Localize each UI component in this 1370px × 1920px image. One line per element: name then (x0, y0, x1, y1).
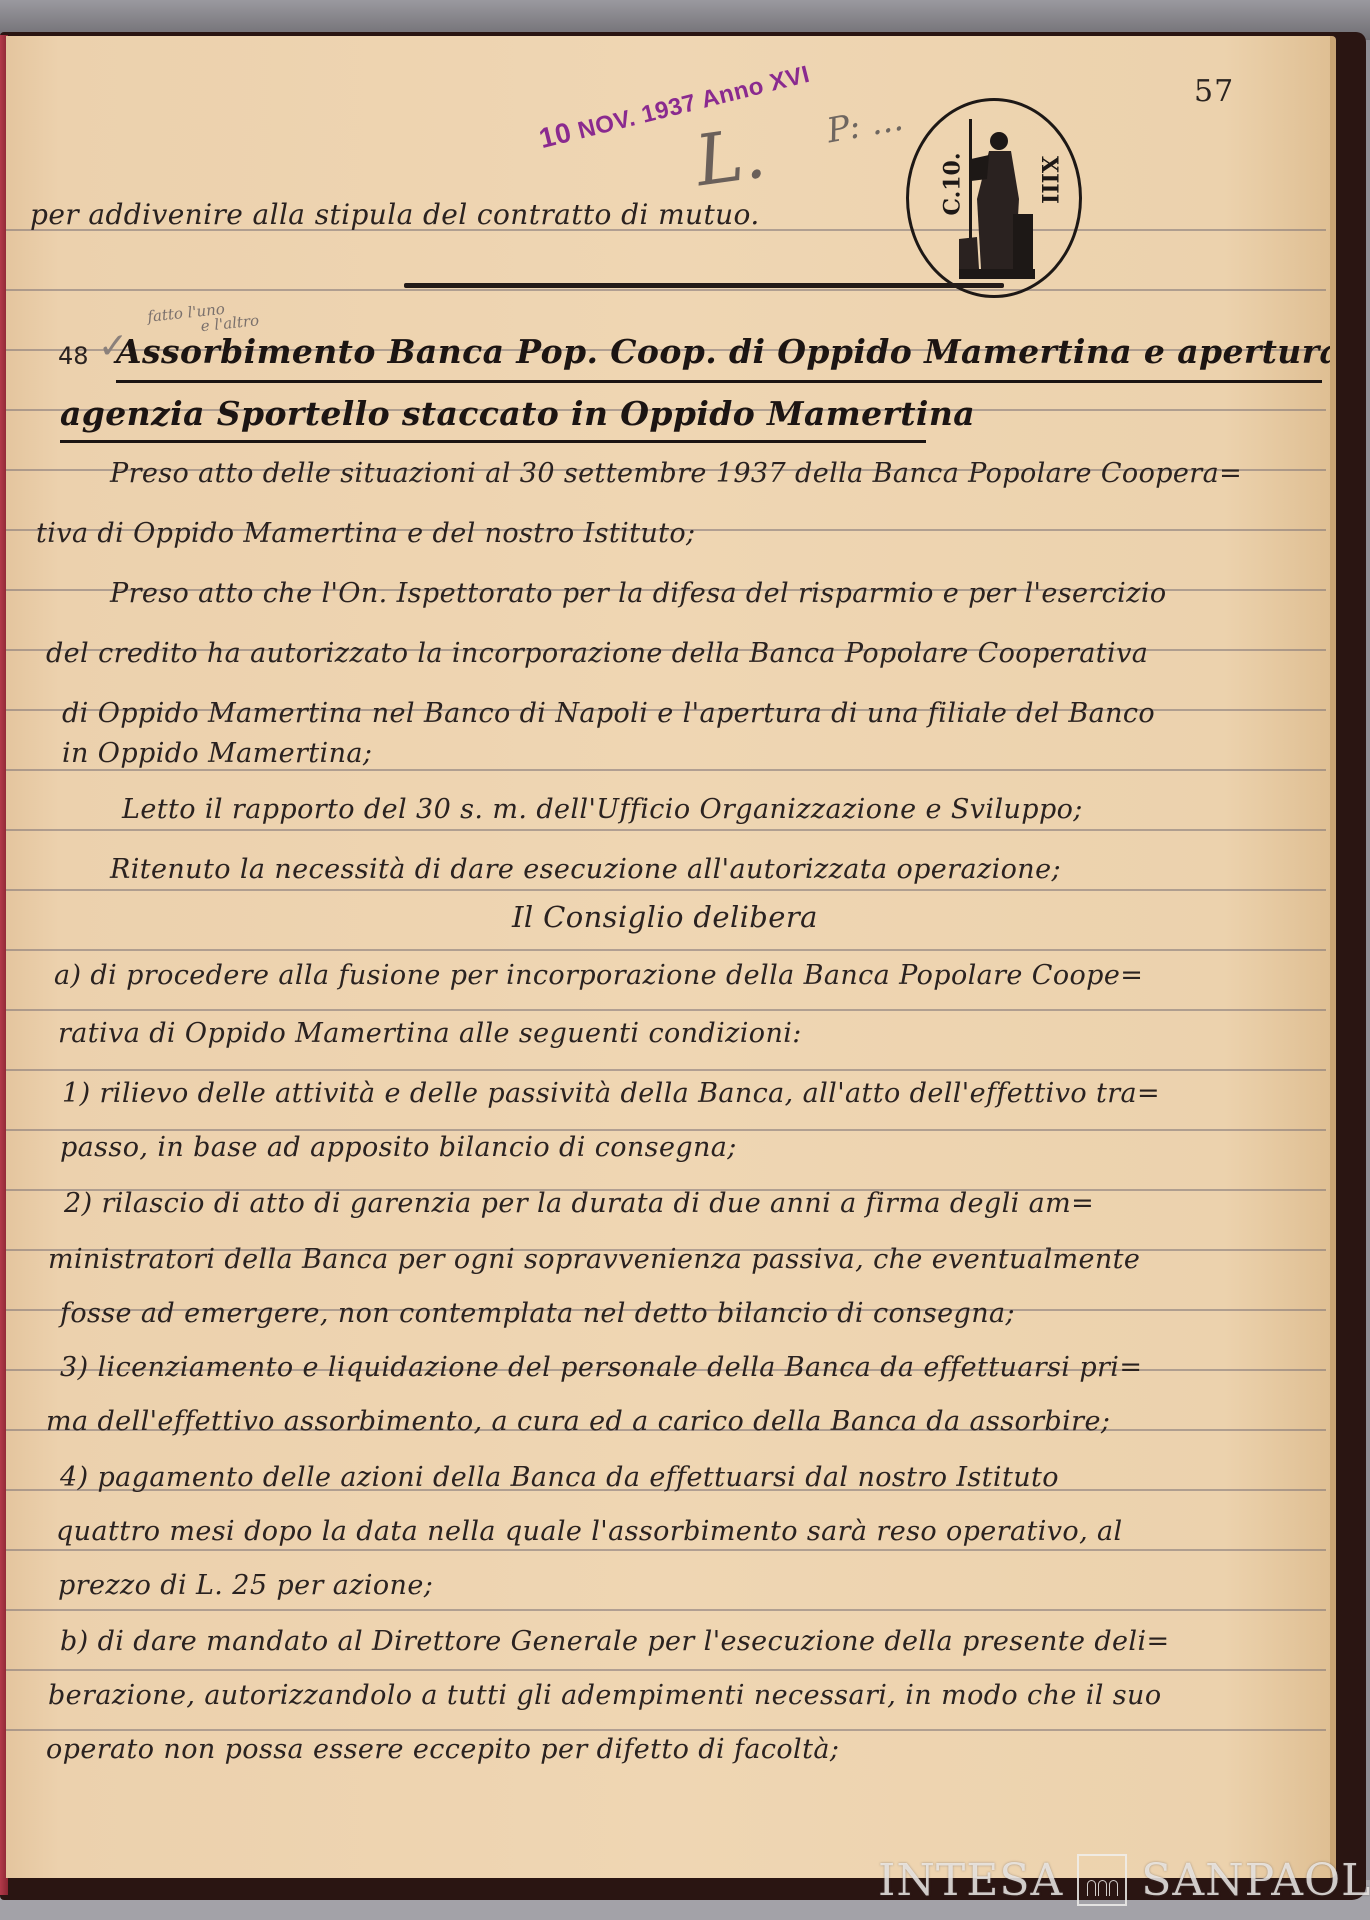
title-underline-2 (60, 440, 926, 443)
body-line: tiva di Oppido Mamertina e del nostro Is… (36, 518, 696, 549)
item-title-line-1: Assorbimento Banca Pop. Coop. di Oppido … (116, 332, 1336, 371)
resolution-line: b) di dare mandato al Direttore Generale… (60, 1626, 1170, 1657)
body-line: Ritenuto la necessità di dare esecuzione… (110, 854, 1061, 885)
page-number: 57 (1194, 74, 1234, 109)
carryover-line: per addivenire alla stipula del contratt… (30, 198, 760, 231)
resolution-line: quattro mesi dopo la data nella quale l'… (56, 1516, 1123, 1547)
date-stamp-day: 10 (536, 116, 575, 154)
title-underline-1 (116, 380, 1322, 383)
allegorical-figure-icon (959, 119, 1035, 287)
section-divider (404, 283, 1004, 288)
resolution-line: 3) licenziamento e liquidazione del pers… (60, 1352, 1142, 1383)
revenue-seal: C.10. XIII (906, 98, 1082, 298)
body-line: Letto il rapporto del 30 s. m. dell'Uffi… (122, 794, 1083, 825)
body-line: in Oppido Mamertina; (62, 738, 372, 769)
watermark-left: INTESA (878, 1855, 1063, 1906)
resolution-line: operato non possa essere eccepito per di… (46, 1734, 839, 1765)
item-title-line-2: agenzia Sportello staccato in Oppido Mam… (60, 394, 975, 433)
bank-logo-icon (1077, 1854, 1127, 1906)
resolution-line: rativa di Oppido Mamertina alle seguenti… (58, 1018, 802, 1049)
resolution-line: 1) rilievo delle attività e delle passiv… (62, 1078, 1160, 1109)
seal-right-text: XIII (1036, 156, 1062, 204)
resolution-line: fosse ad emergere, non contemplata nel d… (60, 1298, 1015, 1329)
body-line: del credito ha autorizzato la incorporaz… (46, 638, 1148, 669)
resolution-line: ma dell'effettivo assorbimento, a cura e… (46, 1406, 1110, 1437)
body-line: di Oppido Mamertina nel Banco di Napoli … (62, 698, 1155, 729)
resolution-line: passo, in base ad apposito bilancio di c… (60, 1132, 737, 1163)
body-line: Preso atto delle situazioni al 30 settem… (110, 458, 1242, 489)
resolution-line: berazione, autorizzandolo a tutti gli ad… (48, 1680, 1162, 1711)
resolution-line: a) di procedere alla fusione per incorpo… (54, 960, 1143, 991)
resolution-line: ministratori della Banca per ogni soprav… (48, 1244, 1140, 1275)
ledger-page: 57 10 NOV. 1937 Anno XVI L. P: ... C.10.… (6, 36, 1336, 1878)
resolution-line: 2) rilascio di atto di garenzia per la d… (64, 1188, 1094, 1219)
body-line: Preso atto che l'On. Ispettorato per la … (110, 578, 1167, 609)
item-number: 48 (58, 342, 89, 370)
intesa-sanpaolo-watermark: INTESA SANPAOLO (878, 1854, 1370, 1906)
watermark-right: SANPAOLO (1141, 1855, 1370, 1906)
resolution-line: prezzo di L. 25 per azione; (58, 1570, 433, 1601)
pencil-initial: L. (691, 112, 770, 203)
resolution-heading: Il Consiglio delibera (512, 900, 818, 934)
resolution-line: 4) pagamento delle azioni della Banca da… (60, 1462, 1059, 1493)
